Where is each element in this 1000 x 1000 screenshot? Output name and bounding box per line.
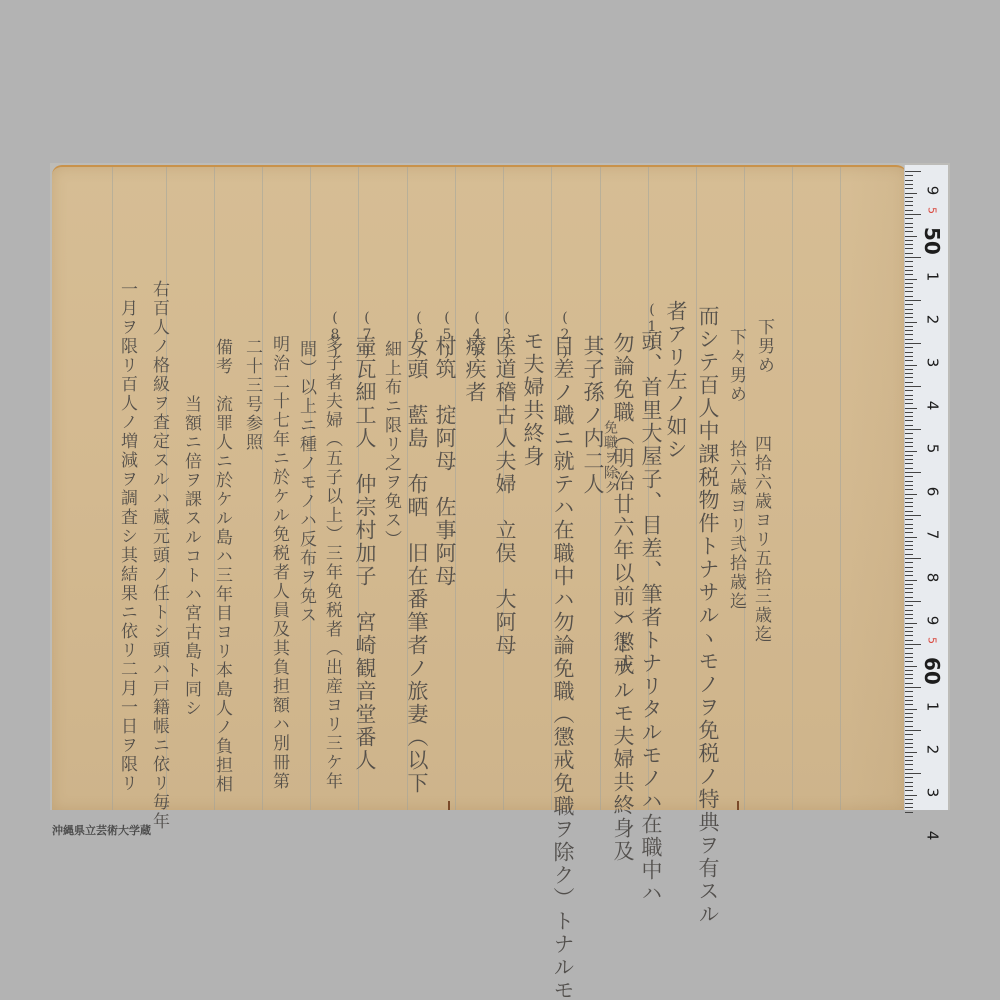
- ruler-tick: [905, 519, 913, 520]
- ruler-tick: [905, 683, 913, 684]
- ruler-tick: [905, 248, 913, 249]
- ruler-label: 3: [925, 350, 940, 376]
- ruler-tick: [905, 580, 917, 581]
- ruler-tick: [905, 812, 913, 813]
- ruler-tick: [905, 657, 913, 658]
- text-column: 二十三号参照: [243, 338, 260, 452]
- text-column: 頭、首里大屋子、目差、筆者トナリタルモノハ在職中ハ: [640, 330, 661, 905]
- text-column: 一月ヲ限リ百人ノ増減ヲ調査シ其結果ニ依リ二月一日ヲ限リ: [118, 280, 135, 793]
- ruler-tick: [905, 425, 913, 426]
- ruler-tick: [905, 472, 921, 473]
- ruler-tick: [905, 743, 913, 744]
- ruler-tick: [905, 511, 913, 512]
- ruler-tick: [905, 653, 913, 654]
- ruler-tick: [905, 726, 913, 727]
- ruler-tick: [905, 554, 913, 555]
- ruler-tick: [905, 343, 921, 344]
- ruler-tick: [905, 666, 917, 667]
- ruler-tick: [905, 227, 913, 228]
- ruler-tick: [905, 562, 913, 563]
- text-column: 明治二十七年ニ於ケル免税者人員及其負担額ハ別冊第: [270, 335, 287, 791]
- ruled-line: [262, 167, 263, 810]
- ruler-tick: [905, 261, 913, 262]
- ruler-tick: [905, 777, 913, 778]
- ruler-tick: [905, 412, 913, 413]
- ruler-tick: [905, 322, 917, 323]
- ruler-label: 5: [925, 436, 940, 462]
- ruler-tick: [905, 205, 913, 206]
- ruler-tick: [905, 567, 913, 568]
- ruler-tick: [905, 506, 913, 507]
- ruler-tick: [905, 304, 913, 305]
- ruler-tick: [905, 240, 913, 241]
- ruler-label: 1: [925, 694, 940, 720]
- collection-caption: 沖縄県立芸術大学蔵: [52, 822, 151, 838]
- ruler-tick: [905, 317, 913, 318]
- ruler-tick: [905, 360, 913, 361]
- ruler-tick: [905, 700, 913, 701]
- ruler-tick: [905, 631, 913, 632]
- ruler-tick: [905, 274, 913, 275]
- binding-mark: [737, 801, 739, 810]
- text-column: 壷瓦細工人 仲宗村加子 宮崎観音堂番人: [354, 335, 375, 772]
- ruler-tick: [905, 532, 913, 533]
- ruler-tick: [905, 627, 913, 628]
- ruler-tick: [905, 773, 921, 774]
- ruler-tick: [905, 558, 921, 559]
- page-edge-shadow: [848, 167, 908, 810]
- ruler-tick: [905, 390, 913, 391]
- ruler-tick: [905, 644, 921, 645]
- text-column: 備考 流罪人ニ於ケル島ハ三年目ヨリ本島人ノ負担相: [213, 338, 230, 794]
- ruler-tick: [905, 334, 913, 335]
- ruled-line: [792, 167, 793, 810]
- ruler-tick: [905, 296, 913, 297]
- ruler-tick: [905, 210, 913, 211]
- ruler-tick: [905, 713, 913, 714]
- ruler-tick: [905, 171, 921, 172]
- ruler-tick: [905, 476, 913, 477]
- ruler-tick: [905, 386, 921, 387]
- text-column: 女頭 藍島 布晒 旧在番筆者ノ旅妻（以下: [406, 335, 427, 795]
- ruler-tick: [905, 601, 921, 602]
- ruler-tick: [905, 790, 913, 791]
- ruler-tick: [905, 300, 921, 301]
- ruler-tick: [905, 231, 913, 232]
- ruler-tick: [905, 270, 913, 271]
- ruler-label: 4: [925, 823, 940, 849]
- ruler-tick: [905, 236, 917, 237]
- ruler-tick: [905, 369, 913, 370]
- ruler-tick: [905, 597, 913, 598]
- ruler-label: 6: [925, 479, 940, 505]
- text-column: 間）以上ニ種ノモノハ反布ヲ免ス: [297, 340, 314, 625]
- ruler-tick: [905, 786, 913, 787]
- ruler-tick: [905, 549, 913, 550]
- ruler-tick: [905, 717, 913, 718]
- ruler-tick: [905, 451, 917, 452]
- measuring-ruler: 95501234567895601234: [904, 165, 948, 810]
- ruler-tick: [905, 704, 913, 705]
- ruler-tick: [905, 747, 913, 748]
- ruler-tick: [905, 403, 913, 404]
- text-column: 四拾六歳ヨリ五拾三歳迄: [752, 435, 769, 644]
- ruler-tick: [905, 446, 913, 447]
- text-column: 癈疾者: [464, 335, 485, 404]
- ruled-line: [840, 167, 841, 810]
- ruler-tick: [905, 498, 913, 499]
- ruler-tick: [905, 442, 913, 443]
- ruler-label: 5: [927, 198, 938, 224]
- ruler-tick: [905, 214, 921, 215]
- ruler-tick: [905, 648, 913, 649]
- ruler-tick: [905, 339, 913, 340]
- ruler-tick: [905, 382, 913, 383]
- text-column: 当額ニ倍ヲ課スルコトハ宮古島ト同シ: [182, 395, 199, 718]
- text-column: モ夫婦共終身: [522, 330, 543, 468]
- binding-mark: [448, 801, 450, 810]
- ruler-tick: [905, 459, 913, 460]
- text-column: 細上布ニ限リ之ヲ免ス）: [382, 340, 399, 549]
- ruler-tick: [905, 605, 913, 606]
- text-column: 多子者夫婦（五子以上）三年免税者（出産ヨリ三ケ年: [323, 335, 340, 791]
- ruler-tick: [905, 640, 913, 641]
- ruler-tick: [905, 266, 913, 267]
- ruler-tick: [905, 756, 913, 757]
- text-column: ）トナルモ夫婦共終身及: [612, 610, 633, 863]
- ruler-tick: [905, 438, 913, 439]
- ruler-tick: [905, 201, 913, 202]
- text-column: 拾六歳ヨリ弐拾歳迄: [727, 440, 744, 611]
- ruler-tick: [905, 571, 913, 572]
- ruler-tick: [905, 528, 913, 529]
- ruler-tick: [905, 670, 913, 671]
- text-column: 而シテ百人中課税物件トナサルヽモノヲ免税ノ特典ヲ有スル: [697, 305, 718, 926]
- text-column: 下々男め: [727, 328, 744, 404]
- ruler-tick: [905, 180, 913, 181]
- ruler-tick: [905, 352, 913, 353]
- ruler-tick: [905, 188, 913, 189]
- ruler-tick: [905, 330, 913, 331]
- ruler-tick: [905, 279, 917, 280]
- ruler-label: 2: [925, 737, 940, 763]
- ruler-tick: [905, 618, 913, 619]
- ruler-tick: [905, 584, 913, 585]
- ruler-tick: [905, 696, 913, 697]
- ruler-label: 50: [922, 227, 942, 253]
- ruler-tick: [905, 635, 913, 636]
- ruler-tick: [905, 326, 913, 327]
- ruler-tick: [905, 416, 913, 417]
- ruler-tick: [905, 408, 917, 409]
- ruler-tick: [905, 760, 913, 761]
- ruler-tick: [905, 691, 913, 692]
- ruler-tick: [905, 481, 913, 482]
- ruler-tick: [905, 752, 917, 753]
- ruler-tick: [905, 489, 913, 490]
- ruler-tick: [905, 674, 913, 675]
- ruler-tick: [905, 782, 913, 783]
- ruler-tick: [905, 309, 913, 310]
- ruler-tick: [905, 541, 913, 542]
- ruler-tick: [905, 803, 913, 804]
- ruler-tick: [905, 223, 913, 224]
- ruler-tick: [905, 433, 913, 434]
- ruler-tick: [905, 356, 913, 357]
- ruler-tick: [905, 494, 917, 495]
- ruler-label: 1: [925, 264, 940, 290]
- ruler-tick: [905, 687, 921, 688]
- text-column: 医道稽古人夫婦 立俣 大阿母: [494, 335, 515, 657]
- ruler-tick: [905, 291, 913, 292]
- ruler-label: 7: [925, 522, 940, 548]
- ruler-label: 3: [925, 780, 940, 806]
- ruler-tick: [905, 468, 913, 469]
- ruler-tick: [905, 661, 913, 662]
- ruler-tick: [905, 575, 913, 576]
- ruler-tick: [905, 365, 917, 366]
- ruler-tick: [905, 730, 921, 731]
- text-column: 下男め: [755, 318, 772, 375]
- ruler-tick: [905, 769, 913, 770]
- ruler-tick: [905, 764, 913, 765]
- text-column: 者アリ左ノ如シ: [665, 300, 686, 461]
- ruler-tick: [905, 455, 913, 456]
- ruler-tick: [905, 347, 913, 348]
- text-column: 村筑 掟阿母 佐事阿母: [434, 335, 455, 588]
- ruler-tick: [905, 592, 913, 593]
- ruler-label: 2: [925, 307, 940, 333]
- ruler-tick: [905, 588, 913, 589]
- ruler-tick: [905, 313, 913, 314]
- text-column: 其子孫ノ内二人: [582, 335, 603, 496]
- ruler-tick: [905, 197, 913, 198]
- ruler-label: 5: [927, 628, 938, 654]
- ruler-tick: [905, 373, 913, 374]
- ruler-tick: [905, 614, 913, 615]
- ruler-tick: [905, 395, 913, 396]
- ruler-tick: [905, 610, 913, 611]
- ruler-tick: [905, 623, 917, 624]
- ruled-line: [112, 167, 113, 810]
- ruler-tick: [905, 253, 913, 254]
- ruler-tick: [905, 739, 913, 740]
- ruler-tick: [905, 721, 913, 722]
- ruler-tick: [905, 537, 917, 538]
- ruler-tick: [905, 184, 913, 185]
- ruler-tick: [905, 502, 913, 503]
- ruler-tick: [905, 515, 921, 516]
- ruler-label: 4: [925, 393, 940, 419]
- ruler-tick: [905, 734, 913, 735]
- ruler-tick: [905, 244, 913, 245]
- ruler-tick: [905, 218, 913, 219]
- ruler-tick: [905, 709, 917, 710]
- annotation: 免職ヲ除ク: [603, 420, 617, 495]
- ruler-tick: [905, 287, 913, 288]
- ruler-tick: [905, 175, 913, 176]
- ruler-tick: [905, 545, 913, 546]
- ruler-tick: [905, 377, 913, 378]
- ruler-tick: [905, 193, 917, 194]
- ruler-tick: [905, 799, 913, 800]
- ruler-tick: [905, 807, 913, 808]
- ruler-label: 60: [922, 657, 942, 683]
- ruler-tick: [905, 420, 913, 421]
- ruler-tick: [905, 257, 921, 258]
- ruler-tick: [905, 795, 917, 796]
- ruler-tick: [905, 399, 913, 400]
- ruler-tick: [905, 283, 913, 284]
- text-column: 右百人ノ格級ヲ査定スルハ蔵元頭ノ任トシ頭ハ戸籍帳ニ依リ毎年: [150, 280, 167, 831]
- ruler-tick: [905, 429, 921, 430]
- text-column: 目差ノ職ニ就テハ在職中ハ勿論免職（懲戒免職ヲ除ク）トナルモ: [552, 335, 573, 1000]
- ruler-tick: [905, 485, 913, 486]
- ruler-tick: [905, 524, 913, 525]
- ruler-tick: [905, 463, 913, 464]
- ruler-label: 8: [925, 565, 940, 591]
- ruler-tick: [905, 678, 913, 679]
